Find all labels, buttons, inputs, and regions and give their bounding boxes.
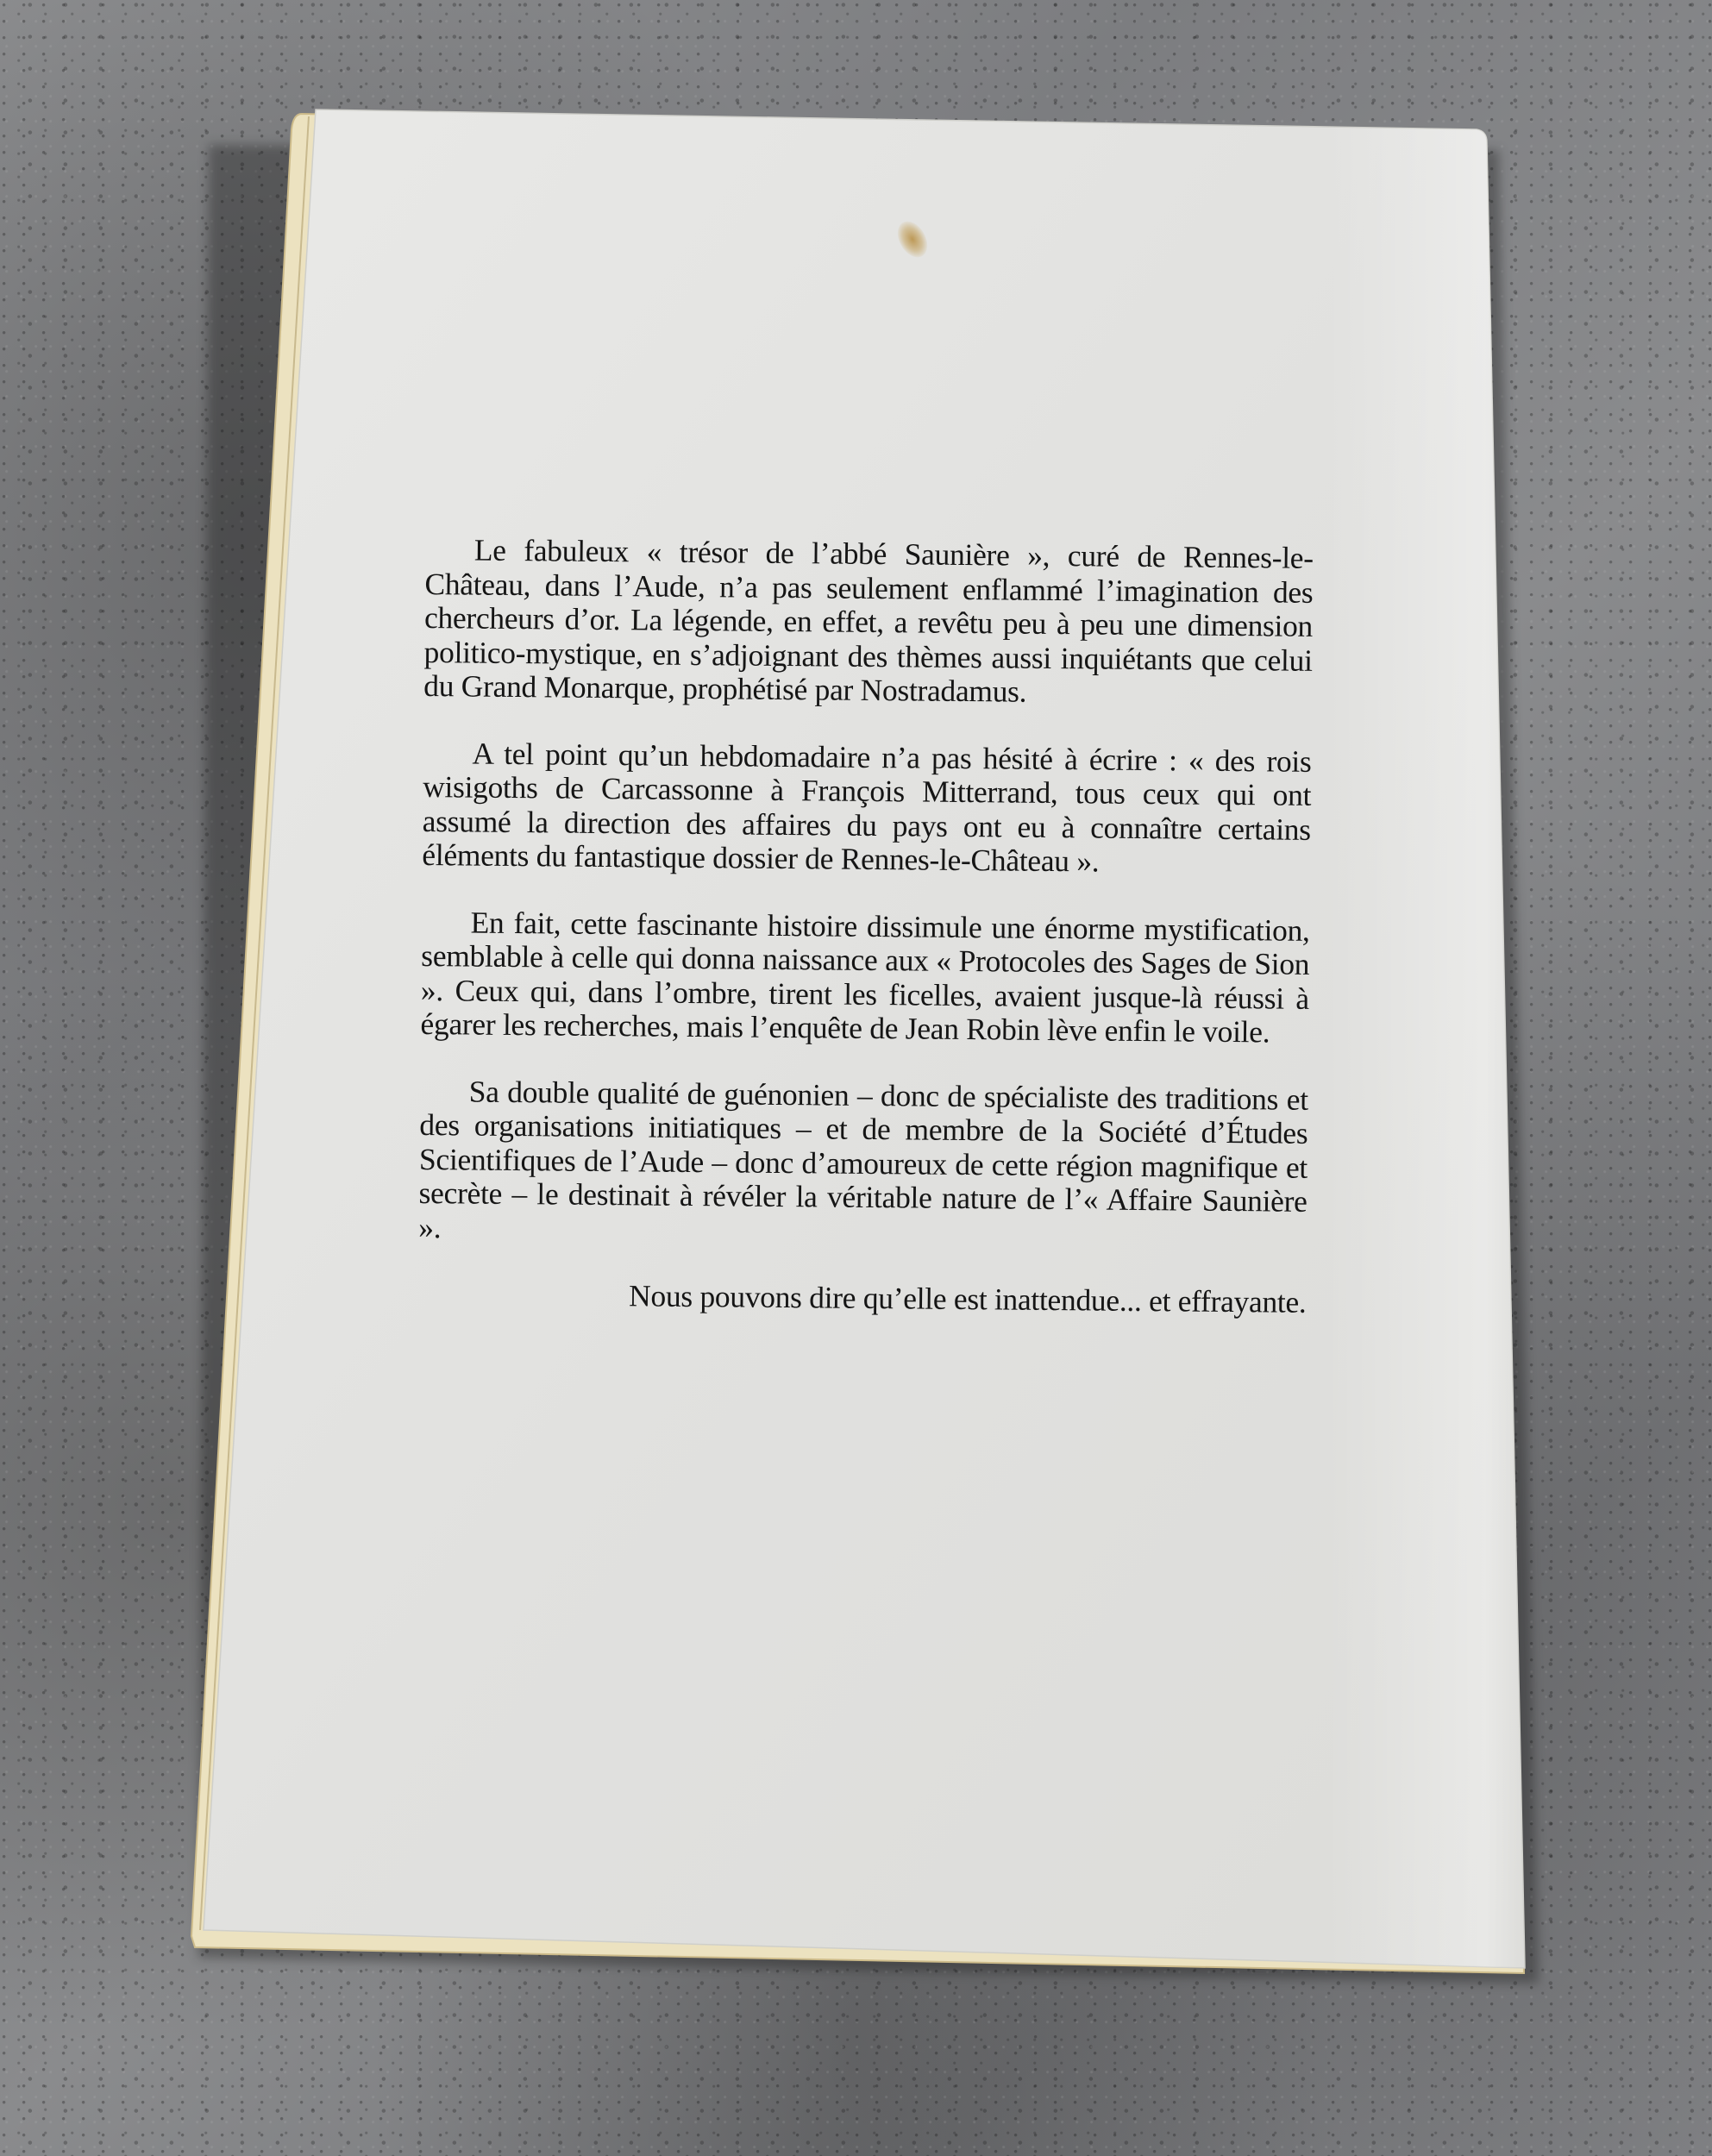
stain-mark [892, 216, 933, 263]
blurb-paragraph-4: Sa double qualité de guénonien – donc de… [418, 1074, 1308, 1252]
blurb-paragraph-3: En fait, cette fascinante histoire dissi… [420, 905, 1309, 1050]
blurb-paragraph-1: Le fabuleux « trésor de l’abbé Saunière … [423, 533, 1314, 711]
blurb: Le fabuleux « trésor de l’abbé Saunière … [417, 533, 1314, 1352]
blurb-paragraph-2: A tel point qu’un hebdomadaire n’a pas h… [422, 736, 1311, 881]
blurb-closing-line: Nous pouvons dire qu’elle est inattendue… [417, 1277, 1306, 1319]
back-cover: Le fabuleux « trésor de l’abbé Saunière … [0, 0, 1712, 2156]
